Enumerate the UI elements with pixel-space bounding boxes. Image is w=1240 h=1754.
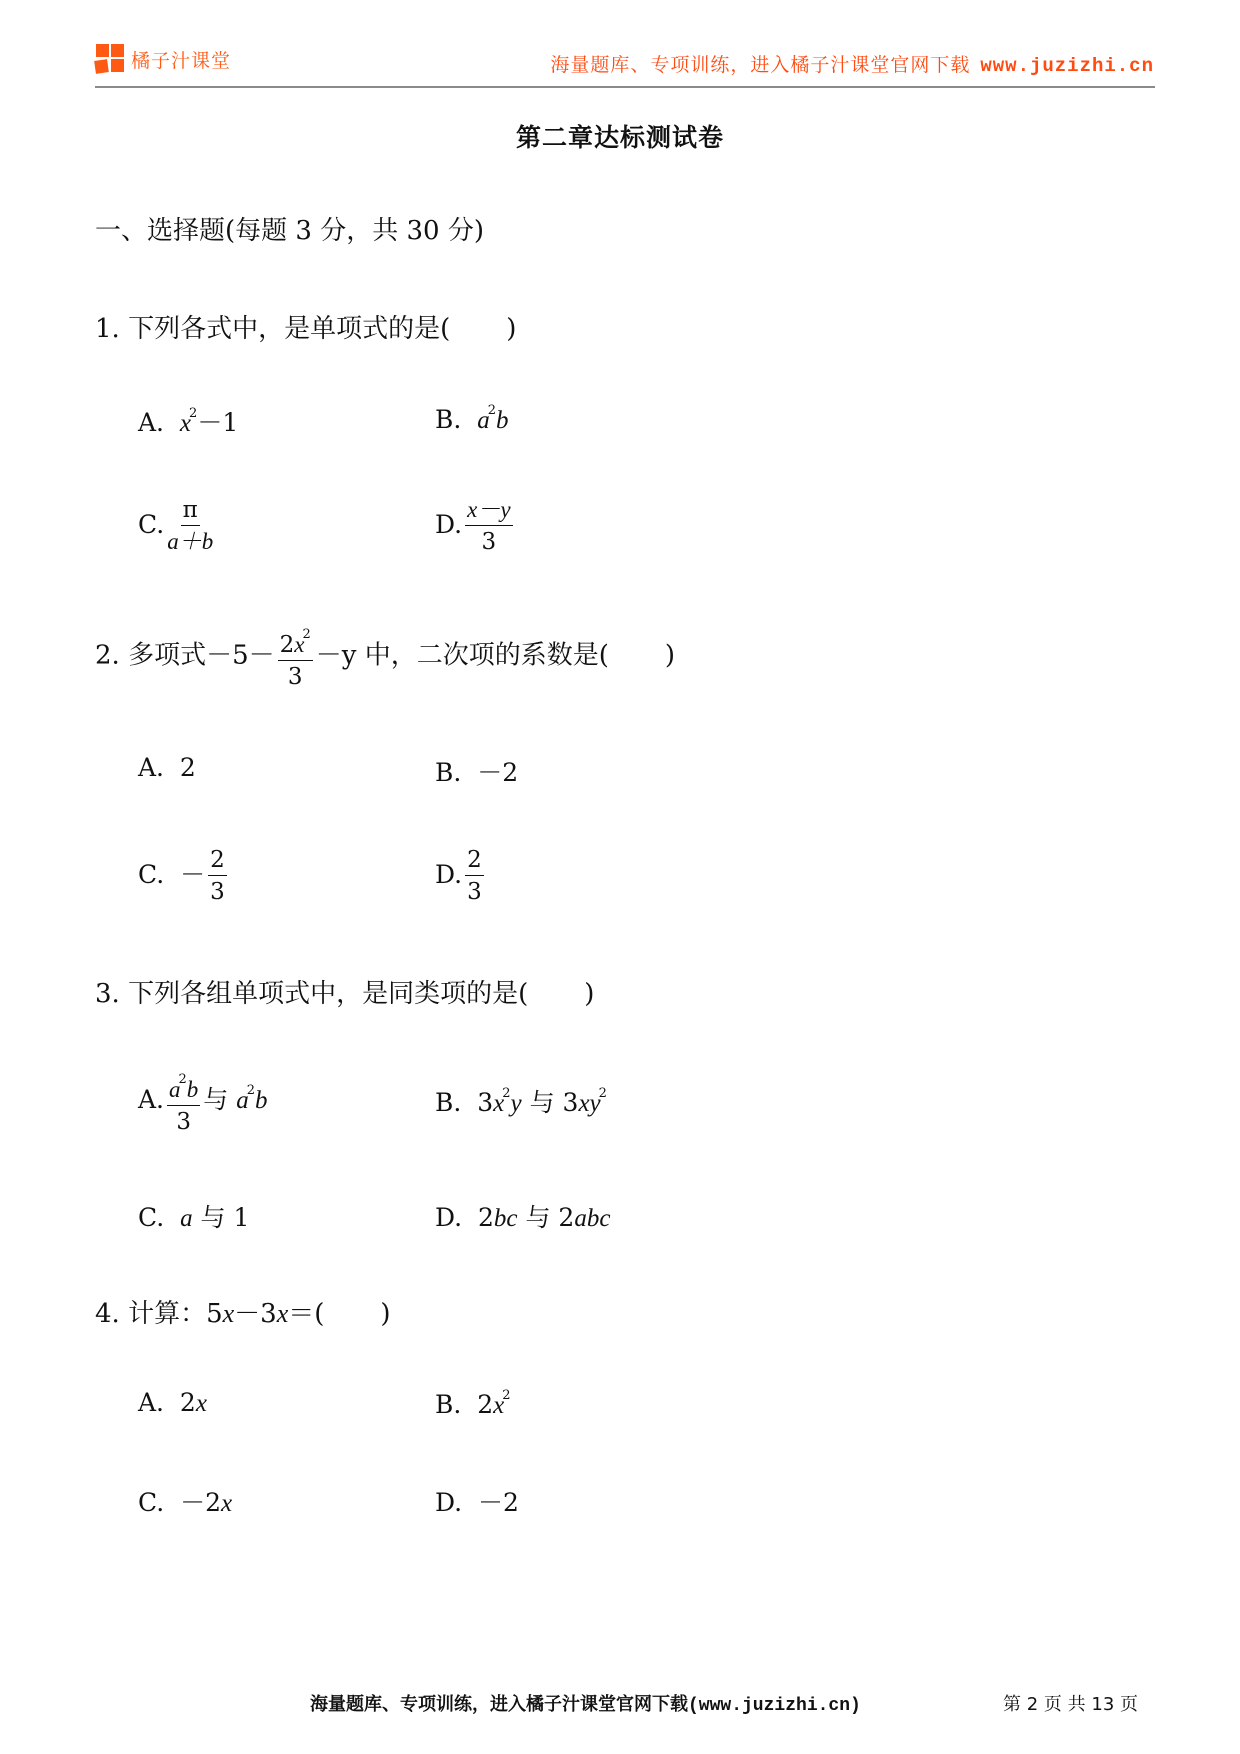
q3-option-c: C. a 与 1 [138, 1198, 249, 1234]
q3-option-d: D. 2bc 与 2abc [435, 1198, 610, 1234]
page-title: 第二章达标测试卷 [0, 118, 1240, 154]
header-slogan: 海量题库、专项训练，进入橘子汁课堂官网下载www.juzizhi.cn [550, 50, 1154, 77]
q2-option-b: B. －2 [435, 753, 518, 789]
logo-icon [96, 44, 126, 76]
header-slogan-text: 海量题库、专项训练，进入橘子汁课堂官网下载 [550, 54, 970, 76]
brand-name: 橘子汁课堂 [131, 46, 231, 73]
header-divider [95, 86, 1155, 88]
q4-option-d: D. －2 [435, 1483, 519, 1519]
total-pages: 13 [1091, 1694, 1114, 1715]
question-3: 3. 下列各组单项式中，是同类项的是() [95, 973, 594, 1010]
current-page: 2 [1027, 1694, 1038, 1715]
q1-option-b: B. a2b [435, 403, 509, 435]
fraction: 23 [208, 845, 227, 908]
question-1: 1. 下列各式中，是单项式的是() [95, 308, 516, 345]
q4-option-b: B. 2x2 [435, 1388, 511, 1420]
page-indicator: 第 2 页 共 13 页 [1003, 1690, 1138, 1716]
section-heading: 一、选择题(每题 3 分，共 30 分) [95, 210, 484, 247]
q1-option-a: A. x2－1 [138, 403, 238, 439]
question-number: 3. [95, 979, 120, 1009]
question-4: 4. 计算：5x－3x＝() [95, 1293, 391, 1330]
question-stem: 下列各组单项式中，是同类项的是( [128, 979, 528, 1009]
q3-option-b: B. 3x2y 与 3xy2 [435, 1083, 607, 1119]
fraction: 23 [465, 845, 484, 908]
q2-option-d: D.23 [435, 845, 487, 908]
q1-option-c: C.πa＋b [138, 495, 216, 558]
question-number: 1. [95, 314, 120, 344]
q2-option-c: C. －23 [138, 845, 230, 908]
footer-slogan: 海量题库、专项训练，进入橘子汁课堂官网下载(www.juzizhi.cn) [310, 1690, 861, 1716]
fraction: 2x23 [278, 620, 313, 693]
q1-option-d: D.x－y3 [435, 495, 516, 558]
q4-option-a: A. 2x [138, 1388, 207, 1418]
question-2: 2. 多项式－5－2x23－y 中，二次项的系数是() [95, 620, 675, 693]
fraction: a2b3 [167, 1065, 200, 1138]
footer-url-link[interactable]: (www.juzizhi.cn) [688, 1696, 861, 1716]
fraction: x－y3 [465, 495, 512, 558]
header-url-link[interactable]: www.juzizhi.cn [980, 55, 1154, 77]
q4-option-c: C. －2x [138, 1483, 232, 1519]
question-number: 2. [95, 641, 120, 671]
fraction: πa＋b [167, 495, 213, 558]
q3-option-a: A.a2b3与 a2b [138, 1065, 268, 1138]
question-stem: 下列各式中，是单项式的是( [128, 314, 450, 344]
question-number: 4. [95, 1299, 120, 1329]
q2-option-a: A. 2 [138, 753, 196, 782]
